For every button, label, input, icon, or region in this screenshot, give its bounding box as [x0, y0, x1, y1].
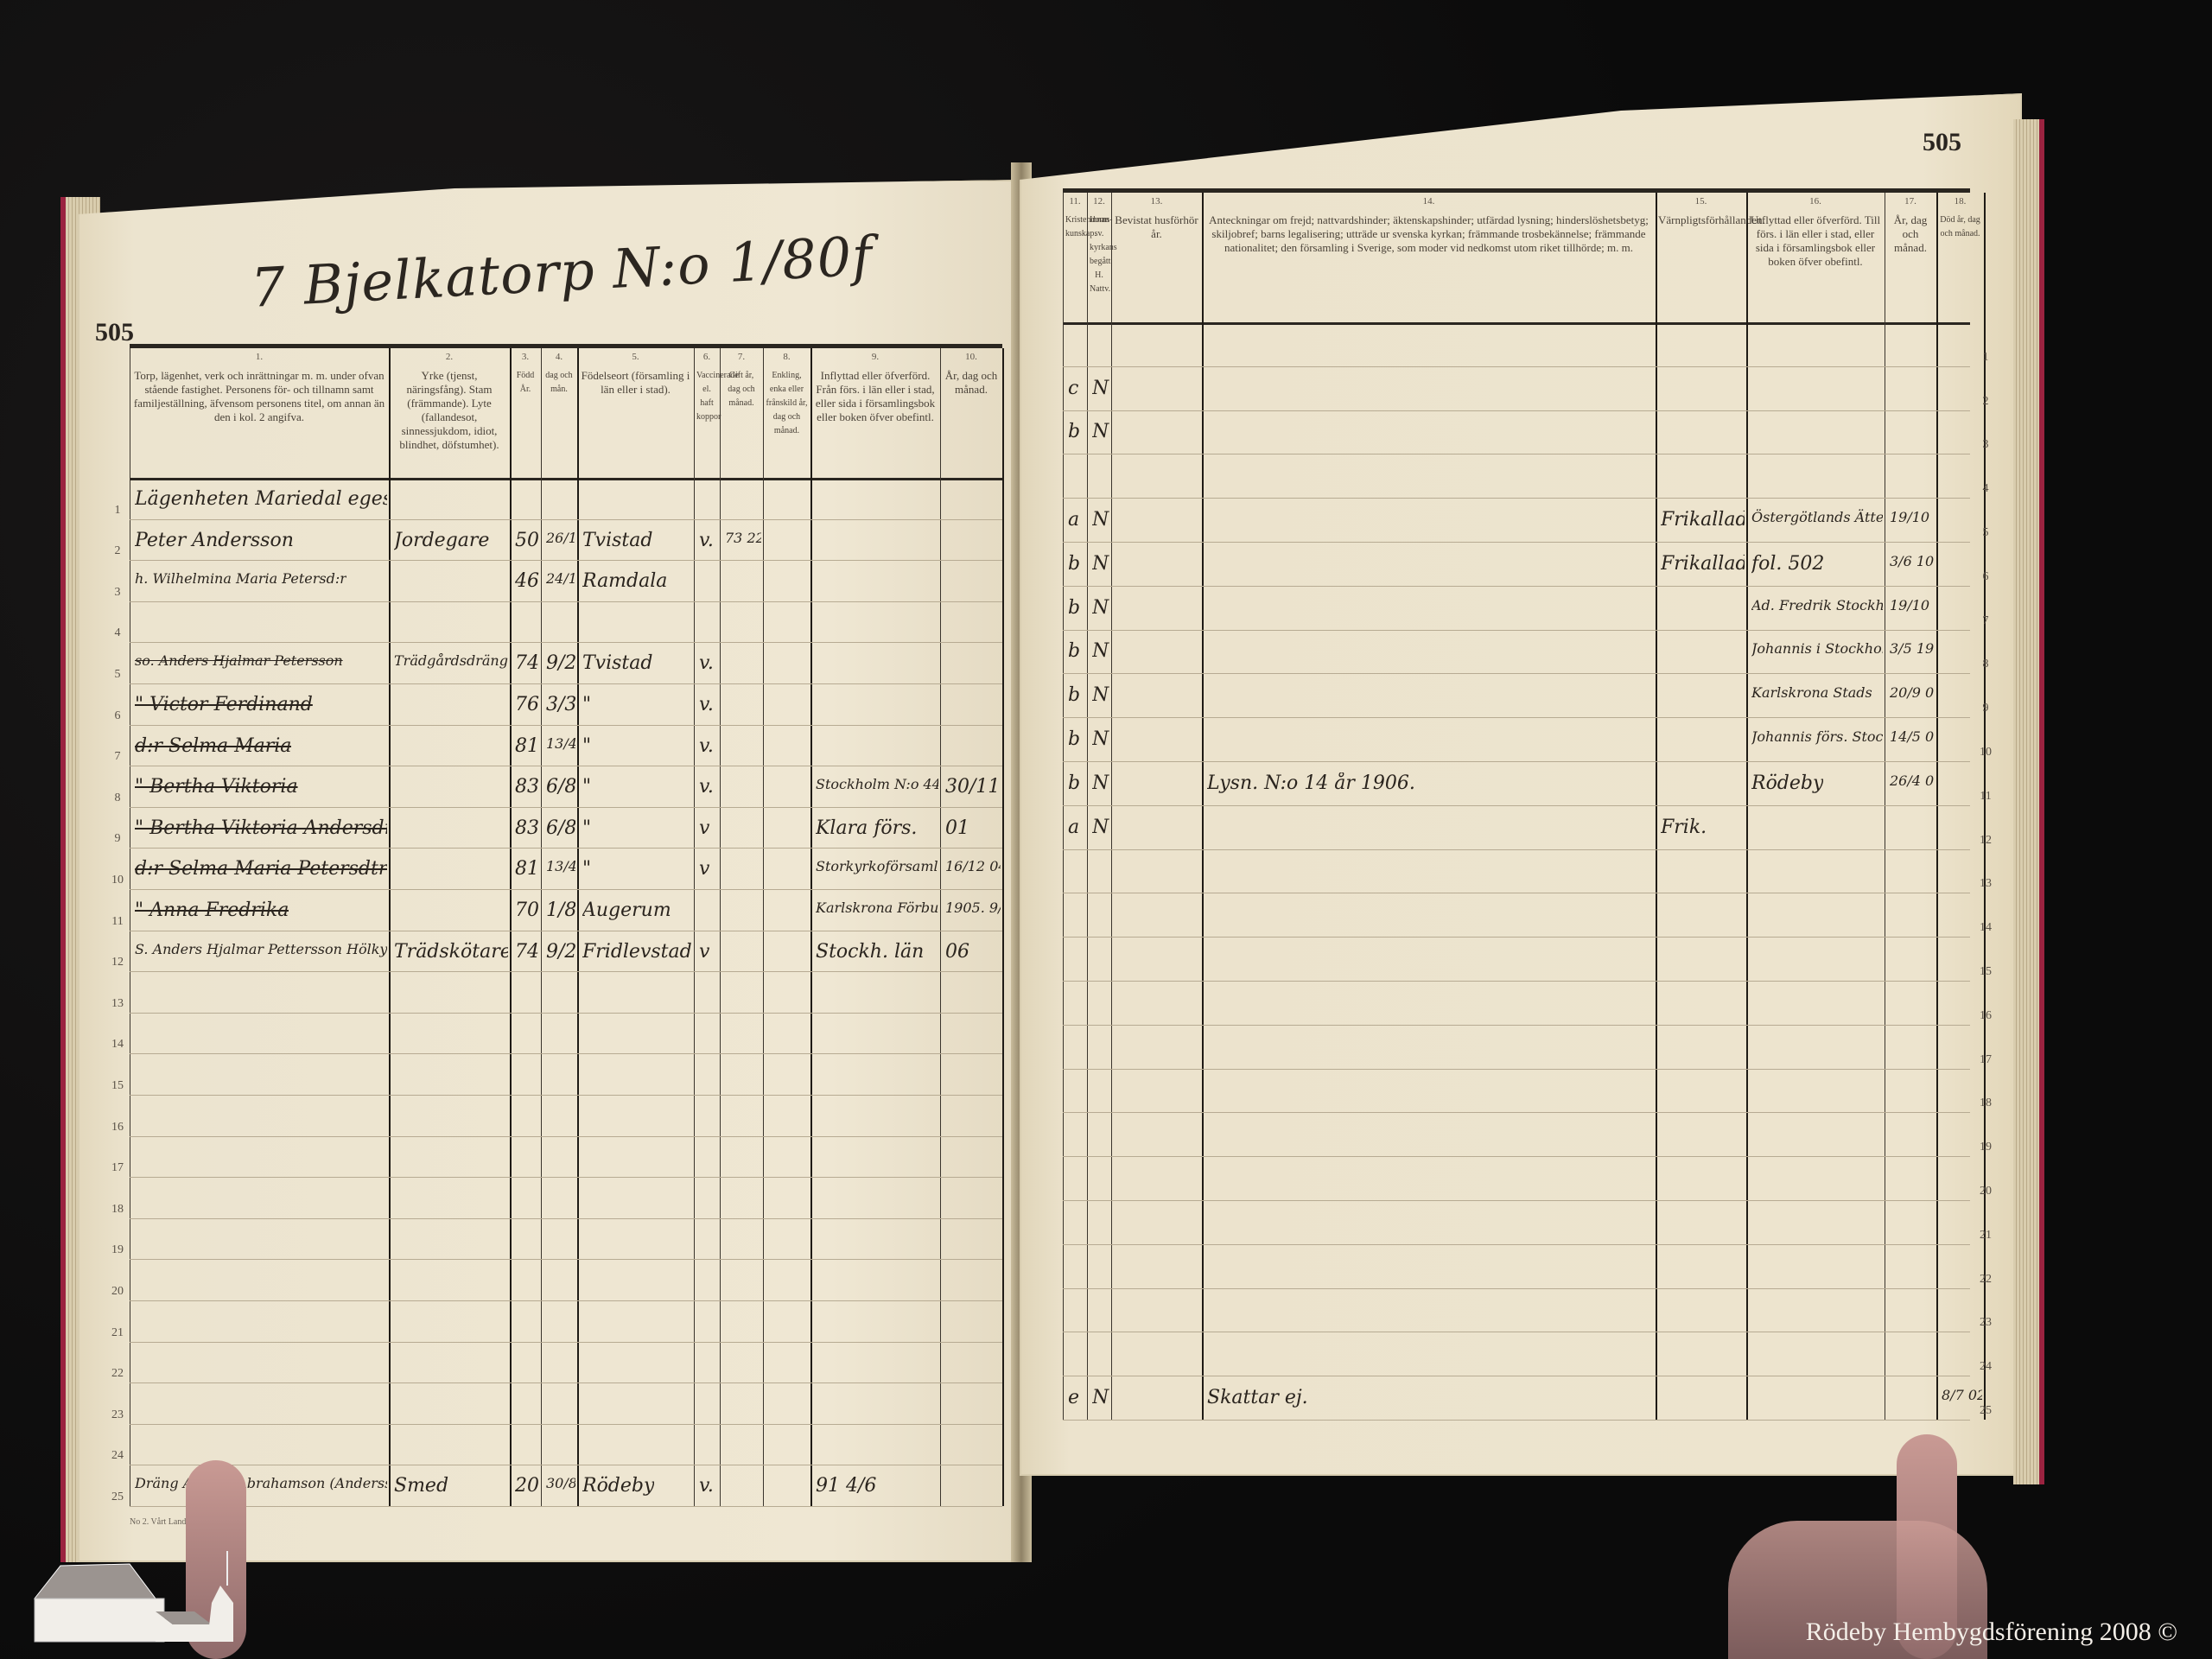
line-number: 1 — [109, 504, 126, 518]
column-rule — [389, 348, 391, 1506]
row-rule — [130, 1506, 1002, 1507]
column-number: 8. — [763, 352, 810, 362]
handwritten-entry: 46 — [515, 570, 539, 592]
handwritten-entry: N. — [1092, 684, 1109, 706]
handwritten-entry: v — [699, 941, 709, 963]
column-number: 9. — [810, 352, 940, 362]
handwritten-entry: 24/10 — [546, 570, 575, 587]
column-header: Kristendoms-kunskap. — [1065, 213, 1084, 241]
column-number: 12. — [1087, 196, 1111, 207]
handwritten-entry: Storkyrkoförsaml. Stockholm / Amiralitet… — [816, 858, 938, 874]
row-rule — [1063, 498, 1970, 499]
line-number: 12 — [109, 956, 126, 969]
row-rule — [130, 971, 1002, 972]
line-number: 10 — [109, 874, 126, 887]
column-rule — [1656, 193, 1657, 1420]
column-rule — [1002, 348, 1004, 1506]
handwritten-entry: b — [1068, 597, 1080, 619]
handwritten-entry: d:r Selma Maria Petersdtr. — [135, 858, 387, 880]
handwritten-entry: h. Wilhelmina Maria Petersd:r — [135, 570, 346, 587]
column-header: Yrke (tjenst, näringsfång). Stam (främma… — [391, 369, 507, 452]
handwritten-entry: 30/11 — [945, 776, 1000, 798]
row-rule — [130, 519, 1002, 520]
row-rule — [1063, 1288, 1970, 1289]
handwritten-entry: 83 — [515, 776, 539, 798]
row-rule — [1063, 717, 1970, 718]
row-rule — [130, 1095, 1002, 1096]
open-register-book: 7 Bjelkatorp N:o 1/80f 505 1.Torp, lägen… — [60, 93, 2013, 1484]
handwritten-entry: N. — [1092, 597, 1109, 619]
row-rule — [130, 1382, 1002, 1383]
line-number: 12 — [1977, 834, 1994, 848]
line-number: 5 — [1977, 526, 1994, 540]
handwritten-entry: fol. 502 — [1751, 553, 1824, 575]
line-number: 14 — [109, 1038, 126, 1052]
column-number: 4. — [541, 352, 577, 362]
handwritten-entry: b — [1068, 728, 1080, 750]
row-rule — [1063, 1244, 1970, 1245]
handwritten-entry: 9/2 — [546, 652, 575, 674]
handwritten-entry: v — [699, 858, 709, 880]
handwritten-entry: Tvistad — [582, 652, 652, 674]
line-number: 4 — [109, 626, 126, 640]
handwritten-entry: N. — [1092, 509, 1109, 531]
row-rule — [130, 1177, 1002, 1178]
line-number: 22 — [109, 1367, 126, 1381]
row-rule — [130, 1424, 1002, 1425]
handwritten-entry: v. — [699, 652, 714, 674]
handwritten-entry: 13/4 — [546, 735, 575, 752]
handwritten-entry: N. — [1092, 640, 1109, 662]
line-number: 1 — [1977, 351, 1994, 365]
handwritten-entry: b — [1068, 640, 1080, 662]
line-number: 20 — [109, 1285, 126, 1299]
handwritten-entry: Rödeby — [582, 1475, 654, 1497]
column-number: 1. — [130, 352, 389, 362]
row-rule — [130, 1136, 1002, 1137]
handwritten-entry: Karlskrona Stads — [1751, 684, 1872, 701]
line-number: 25 — [1977, 1404, 1994, 1418]
handwritten-entry: b — [1068, 553, 1080, 575]
left-register-table: 1.Torp, lägenhet, verk och inrättningar … — [130, 344, 1002, 1506]
handwritten-entry: S. Anders Hjalmar Pettersson Hölky — [135, 941, 387, 957]
column-rule — [1746, 193, 1748, 1420]
row-rule — [130, 601, 1002, 602]
row-rule — [130, 889, 1002, 890]
line-number: 15 — [109, 1079, 126, 1093]
column-header: Innan sv. kyrkans begått H. Nattv. — [1090, 213, 1109, 296]
row-rule — [1063, 366, 1970, 367]
column-number: 7. — [720, 352, 763, 362]
handwritten-entry: 19/10 1900 — [1890, 509, 1935, 525]
row-rule — [1063, 586, 1970, 587]
handwritten-entry: e — [1068, 1387, 1079, 1408]
handwritten-entry: 6/8 — [546, 776, 575, 798]
handwritten-entry: 06 — [945, 941, 969, 963]
line-number: 7 — [1977, 614, 1994, 628]
row-rule — [130, 807, 1002, 808]
handwritten-entry: N. — [1092, 817, 1109, 838]
row-rule — [1063, 1376, 1970, 1376]
line-number: 6 — [109, 709, 126, 723]
row-rule — [1063, 761, 1970, 762]
line-number: 4 — [1977, 482, 1994, 496]
row-rule — [130, 1342, 1002, 1343]
column-header: Gift år, dag och månad. — [722, 369, 760, 410]
row-rule — [130, 560, 1002, 561]
handwritten-entry: 14/5 06 — [1890, 728, 1935, 745]
row-rule — [130, 931, 1002, 931]
column-rule — [1087, 193, 1088, 1420]
line-number: 2 — [1977, 395, 1994, 409]
column-number: 10. — [940, 352, 1002, 362]
handwritten-entry: 01 — [945, 817, 969, 839]
column-number: 15. — [1656, 196, 1746, 207]
handwritten-entry: Smed — [394, 1475, 448, 1497]
handwritten-entry: N. — [1092, 421, 1109, 442]
handwritten-entry: c — [1068, 378, 1078, 399]
row-rule — [1063, 1332, 1970, 1332]
handwritten-entry: 9/2 — [546, 941, 575, 963]
line-number: 6 — [1977, 570, 1994, 584]
column-rule — [720, 348, 721, 1506]
line-number: 8 — [1977, 658, 1994, 671]
line-number: 11 — [1977, 790, 1994, 804]
handwritten-entry: Stockh. län — [816, 941, 924, 963]
handwritten-entry: Frik. — [1661, 817, 1707, 838]
handwritten-entry: v. — [699, 1475, 714, 1497]
column-header: Bevistat husförhör år. — [1114, 213, 1199, 241]
column-header: Torp, lägenhet, verk och inrättningar m.… — [132, 369, 386, 424]
line-number: 18 — [1977, 1096, 1994, 1110]
column-rule — [694, 348, 695, 1506]
column-rule — [1936, 193, 1938, 1420]
column-header: Anteckningar om frejd; nattvardshinder; … — [1205, 213, 1653, 255]
handwritten-entry: Dräng Anders Abrahamson (Andersson) — [135, 1475, 387, 1491]
column-rule — [510, 348, 512, 1506]
handwritten-entry: 74 — [515, 652, 539, 674]
row-rule — [1063, 410, 1970, 411]
handwritten-entry: Klara förs. — [816, 817, 917, 839]
row-rule — [130, 766, 1002, 766]
handwritten-entry: so. Anders Hjalmar Petersson — [135, 652, 343, 669]
line-number: 16 — [109, 1121, 126, 1135]
handwritten-entry: 1/8 — [546, 899, 575, 921]
handwritten-entry: v. — [699, 735, 714, 757]
column-rule — [810, 348, 812, 1506]
page-number-right: 505 — [1923, 128, 1961, 157]
handwritten-entry: b — [1068, 772, 1080, 794]
column-rule — [130, 348, 130, 1506]
church-and-bell-tower-icon — [26, 1529, 233, 1650]
row-rule — [1063, 893, 1970, 893]
handwritten-entry: Ad. Fredrik Stockholm — [1751, 597, 1883, 613]
handwritten-entry: 74 — [515, 941, 539, 963]
row-rule — [130, 683, 1002, 684]
line-number: 21 — [109, 1326, 126, 1340]
handwritten-entry: a — [1068, 817, 1079, 838]
row-rule — [130, 725, 1002, 726]
column-header: Vaccinerade el. haft koppor — [696, 369, 717, 424]
handwritten-entry: " — [582, 694, 591, 715]
row-rule — [130, 848, 1002, 849]
handwritten-entry: Karlskrona Förbundsförs. — [816, 899, 938, 916]
column-rule — [541, 348, 542, 1506]
column-number: 17. — [1885, 196, 1936, 207]
handwritten-entry: 13/4 — [546, 858, 575, 874]
handwritten-entry: " — [582, 735, 591, 757]
handwritten-entry: " — [582, 858, 591, 880]
line-number: 5 — [109, 668, 126, 682]
handwritten-entry: 26/10 — [546, 530, 575, 546]
row-rule — [130, 1300, 1002, 1301]
column-rule — [1202, 193, 1204, 1420]
row-rule — [1063, 849, 1970, 850]
handwritten-entry: Johannis i Stockholm — [1751, 640, 1883, 657]
handwritten-entry: v. — [699, 694, 714, 715]
handwritten-entry: Fridlevstad — [582, 941, 692, 963]
line-number: 15 — [1977, 965, 1994, 979]
handwritten-entry: Augerum — [582, 899, 671, 921]
handwritten-entry: N. — [1092, 378, 1109, 399]
line-number: 13 — [1977, 877, 1994, 891]
handwritten-entry: 3/5 1901 — [1890, 640, 1935, 657]
right-page: 505 11.Kristendoms-kunskap.12.Innan sv. … — [1020, 93, 2022, 1476]
line-number: 17 — [1977, 1053, 1994, 1067]
line-number: 7 — [109, 750, 126, 764]
book-page-edge-right — [2013, 119, 2044, 1484]
handwritten-entry: 73 22/12 — [725, 530, 761, 546]
line-number: 21 — [1977, 1229, 1994, 1243]
line-number: 9 — [109, 832, 126, 846]
handwritten-entry: 83 — [515, 817, 539, 839]
handwritten-entry: d:r Selma Maria — [135, 735, 291, 757]
handwritten-entry: N. — [1092, 728, 1109, 750]
column-number: 16. — [1746, 196, 1885, 207]
handwritten-entry: " Victor Ferdinand — [135, 694, 313, 715]
handwritten-entry: 50 — [515, 530, 539, 551]
left-page: 7 Bjelkatorp N:o 1/80f 505 1.Torp, lägen… — [78, 180, 1020, 1562]
handwritten-entry: 30/8 — [546, 1475, 575, 1491]
handwritten-entry: 3/3 — [546, 694, 575, 715]
handwritten-entry: 19/10 1904 — [1890, 597, 1935, 613]
handwritten-entry: Lägenheten Mariedal eges af — [135, 488, 387, 510]
row-rule — [1063, 630, 1970, 631]
line-number: 11 — [109, 915, 126, 929]
row-rule — [130, 1013, 1002, 1014]
column-header: Födelseort (församling i län eller i sta… — [580, 369, 691, 397]
column-rule — [1885, 193, 1885, 1420]
column-rule — [940, 348, 941, 1506]
handwritten-entry: 70 — [515, 899, 539, 921]
handwritten-entry: Skattar ej. — [1207, 1387, 1308, 1408]
handwritten-entry: " — [582, 817, 591, 839]
handwritten-entry: 1905. 9/2 — [945, 899, 1001, 916]
handwritten-entry: 81 — [515, 858, 539, 880]
handwritten-entry: Jordegare — [394, 530, 489, 551]
line-number: 14 — [1977, 921, 1994, 935]
line-number: 16 — [1977, 1009, 1994, 1023]
handwritten-entry: b — [1068, 684, 1080, 706]
line-number: 19 — [1977, 1141, 1994, 1154]
handwritten-entry: Trädskötare — [394, 941, 508, 963]
handwritten-entry: Peter Andersson — [135, 530, 294, 551]
handwritten-entry: Trädgårdsdräng — [394, 652, 508, 669]
column-number: 18. — [1936, 196, 1984, 207]
column-number: 2. — [389, 352, 510, 362]
row-rule — [1063, 1420, 1970, 1421]
handwritten-entry: 81 — [515, 735, 539, 757]
handwritten-entry: N. — [1092, 553, 1109, 575]
column-number: 5. — [577, 352, 694, 362]
handwritten-entry: Stockholm N:o 44 — [816, 776, 938, 792]
line-number: 2 — [109, 544, 126, 558]
line-number: 10 — [1977, 746, 1994, 760]
column-header: Utflyttad eller öfverförd. Till förs. i … — [1749, 213, 1882, 269]
row-rule — [1063, 1200, 1970, 1201]
handwritten-entry: Lysn. N:o 14 år 1906. — [1207, 772, 1415, 794]
column-header: Värnpligtsförhållanden. — [1658, 213, 1744, 227]
column-header: Född År. — [512, 369, 538, 397]
row-rule — [1063, 673, 1970, 674]
column-header: Enkling, enka eller frånskild år, dag oc… — [766, 369, 808, 438]
line-number: 23 — [1977, 1316, 1994, 1330]
handwritten-entry: 3/6 10 — [1890, 553, 1934, 569]
handwritten-entry: 20 — [515, 1475, 539, 1497]
handwritten-entry: 26/4 06 — [1890, 772, 1935, 789]
handwritten-entry: Frikallad — [1661, 553, 1745, 575]
line-number: 9 — [1977, 702, 1994, 715]
line-number: 22 — [1977, 1273, 1994, 1287]
page-title: 7 Bjelkatorp N:o 1/80f — [250, 224, 874, 320]
column-rule — [1111, 193, 1112, 1420]
page-number-left: 505 — [95, 318, 134, 347]
handwritten-entry: v — [699, 817, 709, 839]
handwritten-entry: " Anna Fredrika — [135, 899, 289, 921]
handwritten-entry: " Bertha Viktoria Andersdr — [135, 817, 387, 839]
column-header: År, dag och månad. — [1887, 213, 1934, 255]
handwritten-entry: b — [1068, 421, 1080, 442]
line-number: 19 — [109, 1243, 126, 1257]
column-number: 3. — [510, 352, 541, 362]
column-rule — [763, 348, 764, 1506]
column-number: 13. — [1111, 196, 1202, 207]
handwritten-entry: N. — [1092, 1387, 1109, 1408]
row-rule — [1063, 454, 1970, 454]
row-rule — [1063, 1025, 1970, 1026]
row-rule — [1063, 1156, 1970, 1157]
line-number: 8 — [109, 791, 126, 805]
handwritten-entry: 8/7 02 — [1942, 1387, 1982, 1403]
handwritten-entry: " Bertha Viktoria — [135, 776, 298, 798]
column-number: 14. — [1202, 196, 1656, 207]
row-rule — [130, 1465, 1002, 1465]
handwritten-entry: Tvistad — [582, 530, 652, 551]
line-number: 17 — [109, 1161, 126, 1175]
row-rule — [1063, 805, 1970, 806]
line-number: 13 — [109, 997, 126, 1011]
handwritten-entry: 6/8 — [546, 817, 575, 839]
column-header: År, dag och månad. — [943, 369, 1000, 397]
handwritten-entry: 16/12 04 2/6 — [945, 858, 1001, 874]
row-rule — [130, 1259, 1002, 1260]
column-header: Inflyttad eller öfverförd. Från förs. i … — [813, 369, 938, 424]
row-rule — [130, 642, 1002, 643]
row-rule — [130, 1053, 1002, 1054]
row-rule — [1063, 937, 1970, 938]
row-rule — [130, 1218, 1002, 1219]
column-number: 6. — [694, 352, 720, 362]
handwritten-entry: v. — [699, 776, 714, 798]
row-rule — [1063, 542, 1970, 543]
form-footer-note: No 2. Vårt Land. — [130, 1517, 188, 1527]
handwritten-entry: a — [1068, 509, 1079, 531]
copyright-watermark: Rödeby Hembygdsförening 2008 © — [1806, 1618, 2177, 1647]
handwritten-entry: 76 — [515, 694, 539, 715]
handwritten-entry: Frikallad — [1661, 509, 1745, 531]
row-rule — [1063, 1069, 1970, 1070]
row-rule — [1063, 1112, 1970, 1113]
handwritten-entry: Johannis förs. Stockholm — [1751, 728, 1883, 745]
column-rule — [577, 348, 579, 1506]
handwritten-entry: v. — [699, 530, 714, 551]
handwritten-entry: Rödeby — [1751, 772, 1823, 794]
line-number: 25 — [109, 1491, 126, 1504]
column-header: dag och mån. — [543, 369, 575, 397]
line-number: 24 — [109, 1449, 126, 1463]
column-rule — [1063, 193, 1064, 1420]
row-rule — [1063, 981, 1970, 982]
handwritten-entry: 91 4/6 — [816, 1475, 876, 1497]
line-number: 20 — [1977, 1185, 1994, 1198]
line-number: 24 — [1977, 1360, 1994, 1374]
column-number: 11. — [1063, 196, 1087, 207]
handwritten-entry: " — [582, 776, 591, 798]
column-header: Död år, dag och månad. — [1939, 213, 1981, 241]
line-number: 3 — [1977, 438, 1994, 452]
right-register-table: 11.Kristendoms-kunskap.12.Innan sv. kyrk… — [1063, 188, 1970, 1420]
line-number: 23 — [109, 1408, 126, 1422]
handwritten-entry: Ramdala — [582, 570, 667, 592]
line-number: 18 — [109, 1203, 126, 1217]
handwritten-entry: Östergötlands Ättet — [1751, 509, 1883, 525]
line-number: 3 — [109, 586, 126, 600]
handwritten-entry: 20/9 07 — [1890, 684, 1935, 701]
handwritten-entry: N. — [1092, 772, 1109, 794]
